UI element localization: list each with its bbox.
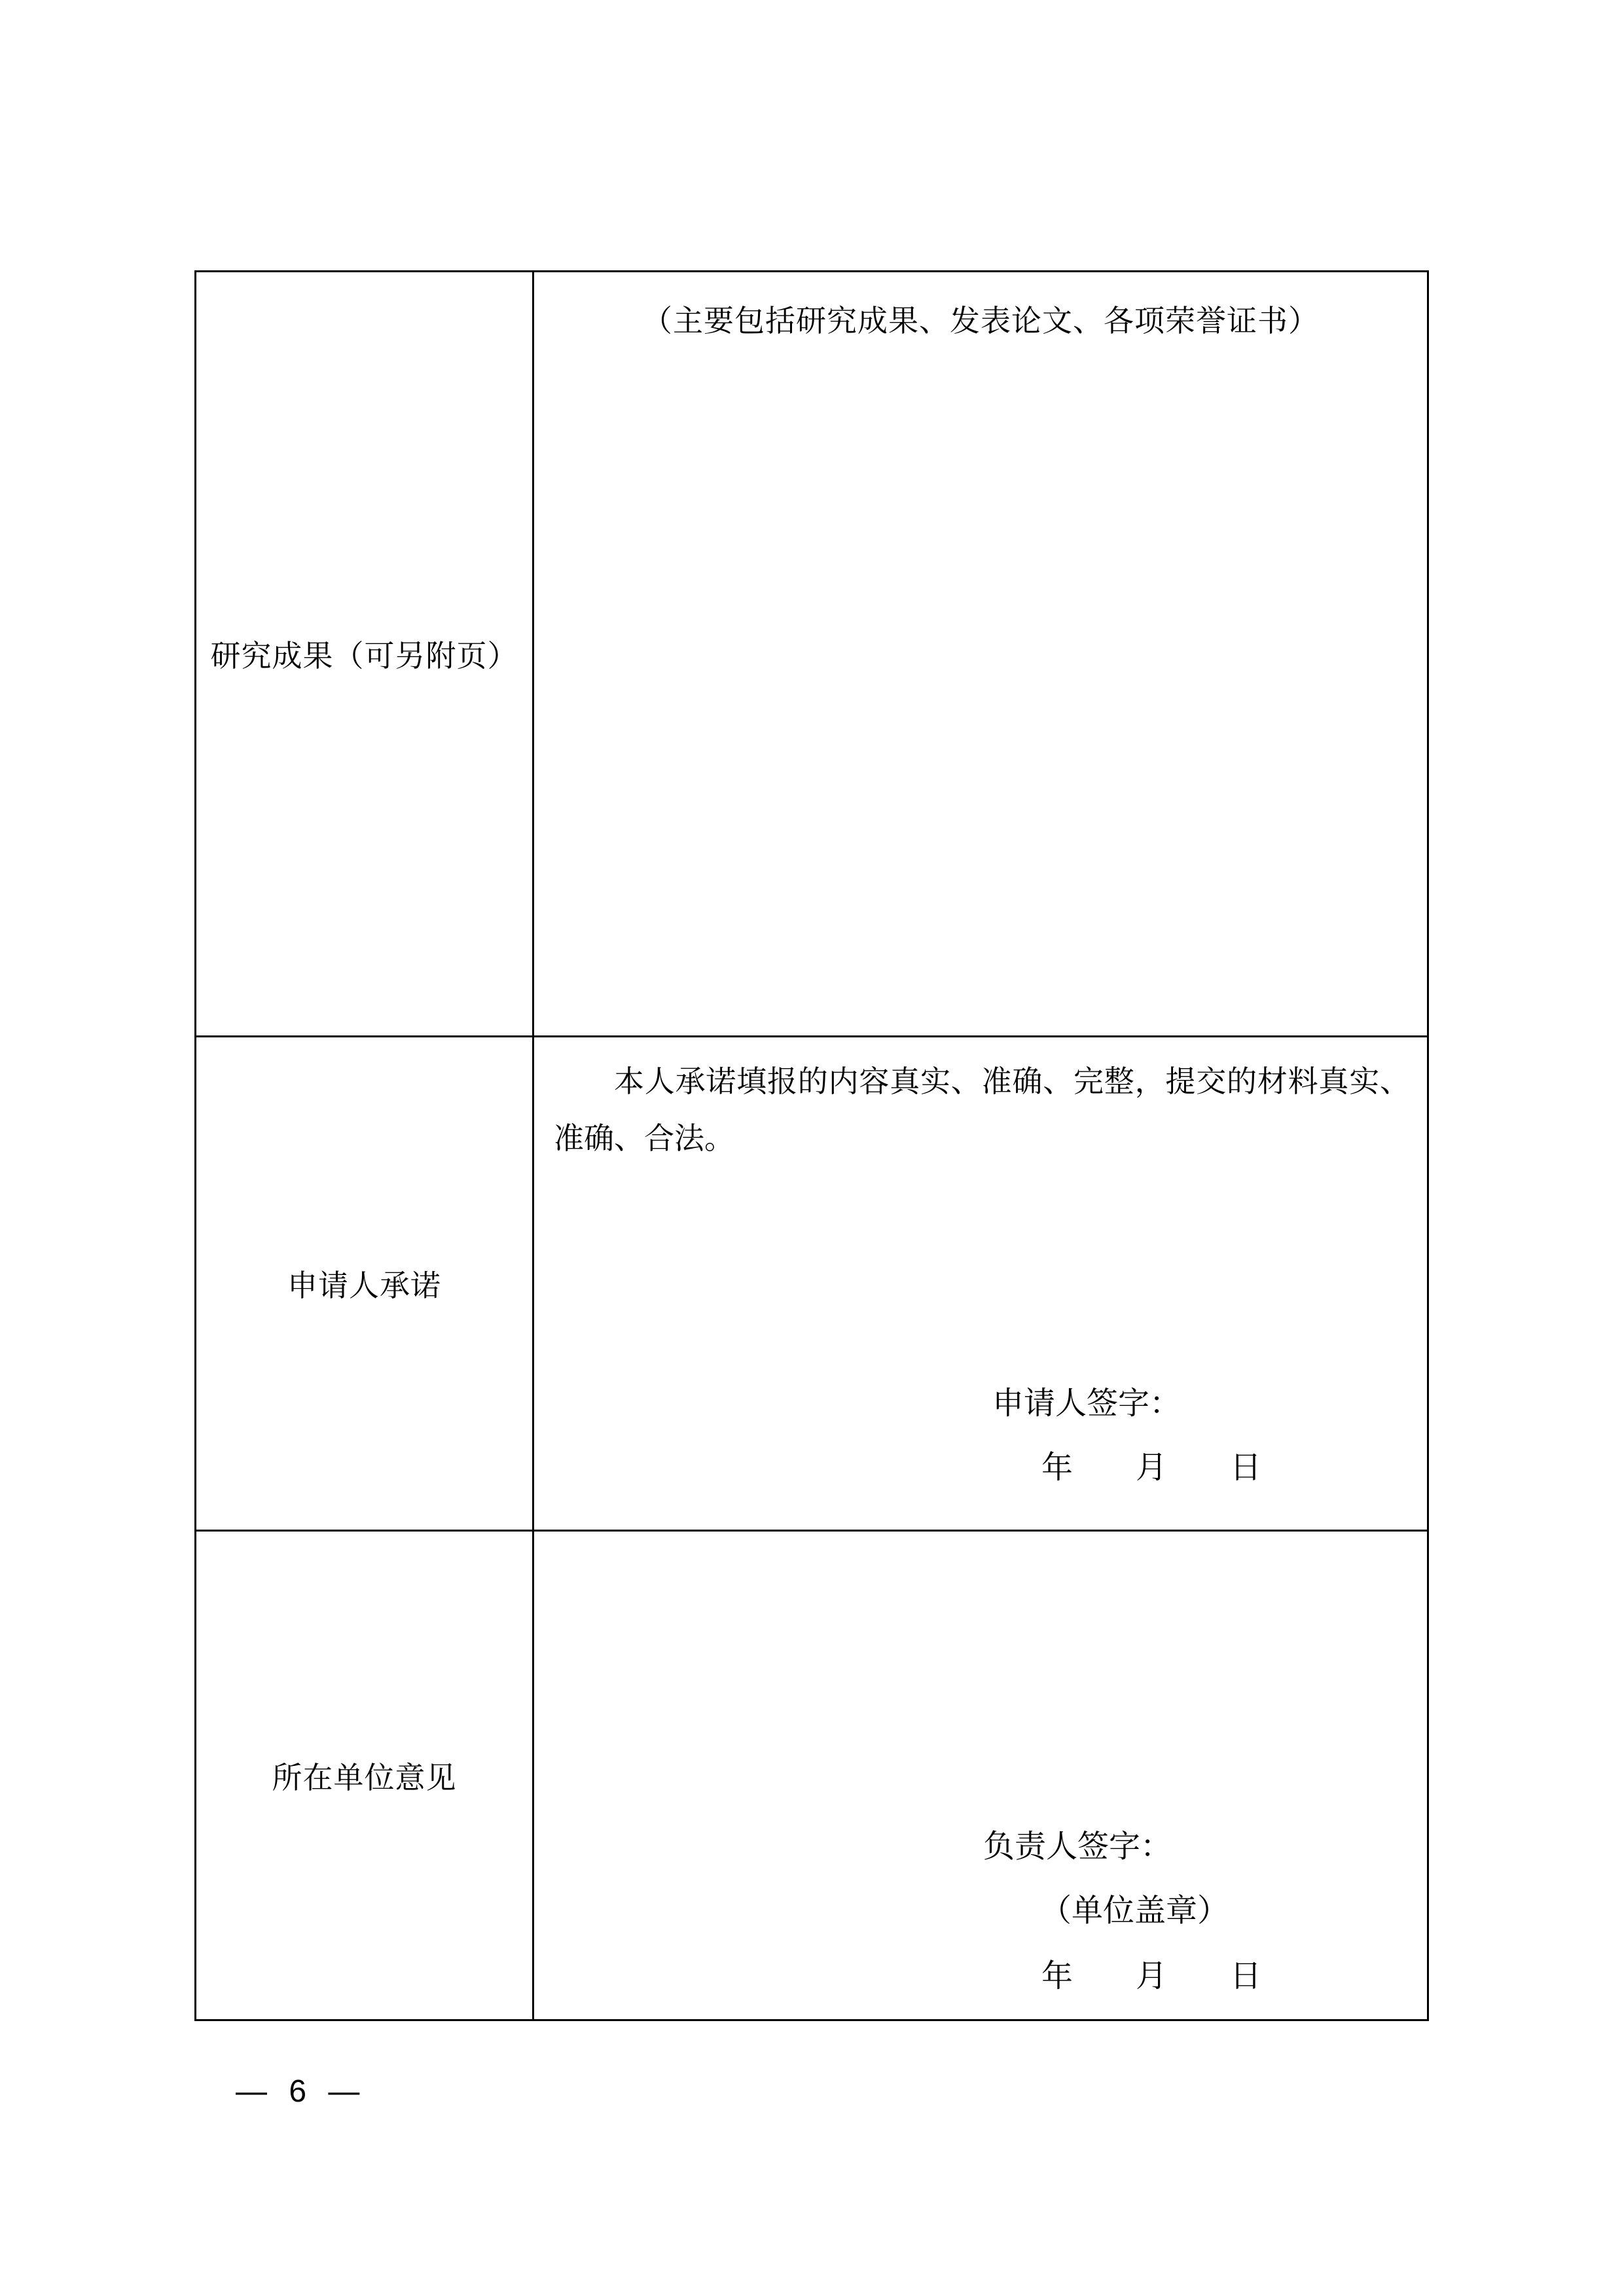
- applicant-date-line: 年 月 日: [1041, 1442, 1261, 1487]
- row-research-achievements: 研究成果（可另附页） （主要包括研究成果、发表论文、各项荣誉证书）: [196, 272, 1427, 1035]
- row-unit-opinion: 所在单位意见 负责人签字： （单位盖章） 年 月 日: [196, 1530, 1427, 2019]
- applicant-commitment-label: 申请人承诺: [196, 1037, 534, 1530]
- applicant-signature-label: 申请人签字：: [992, 1378, 1181, 1423]
- unit-date-line: 年 月 日: [1041, 1950, 1261, 1996]
- applicant-commitment-content-area: 本人承诺填报的内容真实、准确、完整，提交的材料真实、准确、合法。 申请人签字： …: [534, 1037, 1427, 1530]
- unit-opinion-label: 所在单位意见: [196, 1532, 534, 2019]
- application-form-table: 研究成果（可另附页） （主要包括研究成果、发表论文、各项荣誉证书） 申请人承诺 …: [194, 270, 1429, 2021]
- page-number: — 6 —: [236, 2073, 366, 2109]
- research-achievements-label: 研究成果（可另附页）: [196, 272, 534, 1035]
- responsible-person-signature-label: 负责人签字：: [983, 1821, 1172, 1866]
- row-applicant-commitment: 申请人承诺 本人承诺填报的内容真实、准确、完整，提交的材料真实、准确、合法。 申…: [196, 1035, 1427, 1530]
- unit-opinion-content-area: 负责人签字： （单位盖章） 年 月 日: [534, 1532, 1427, 2019]
- research-achievements-content-area: （主要包括研究成果、发表论文、各项荣誉证书）: [534, 272, 1427, 1035]
- commitment-statement: 本人承诺填报的内容真实、准确、完整，提交的材料真实、准确、合法。: [534, 1037, 1427, 1168]
- form-document-page: 研究成果（可另附页） （主要包括研究成果、发表论文、各项荣誉证书） 申请人承诺 …: [0, 0, 1624, 2296]
- research-achievements-note: （主要包括研究成果、发表论文、各项荣誉证书）: [534, 272, 1427, 340]
- unit-seal-note: （单位盖章）: [1040, 1885, 1229, 1930]
